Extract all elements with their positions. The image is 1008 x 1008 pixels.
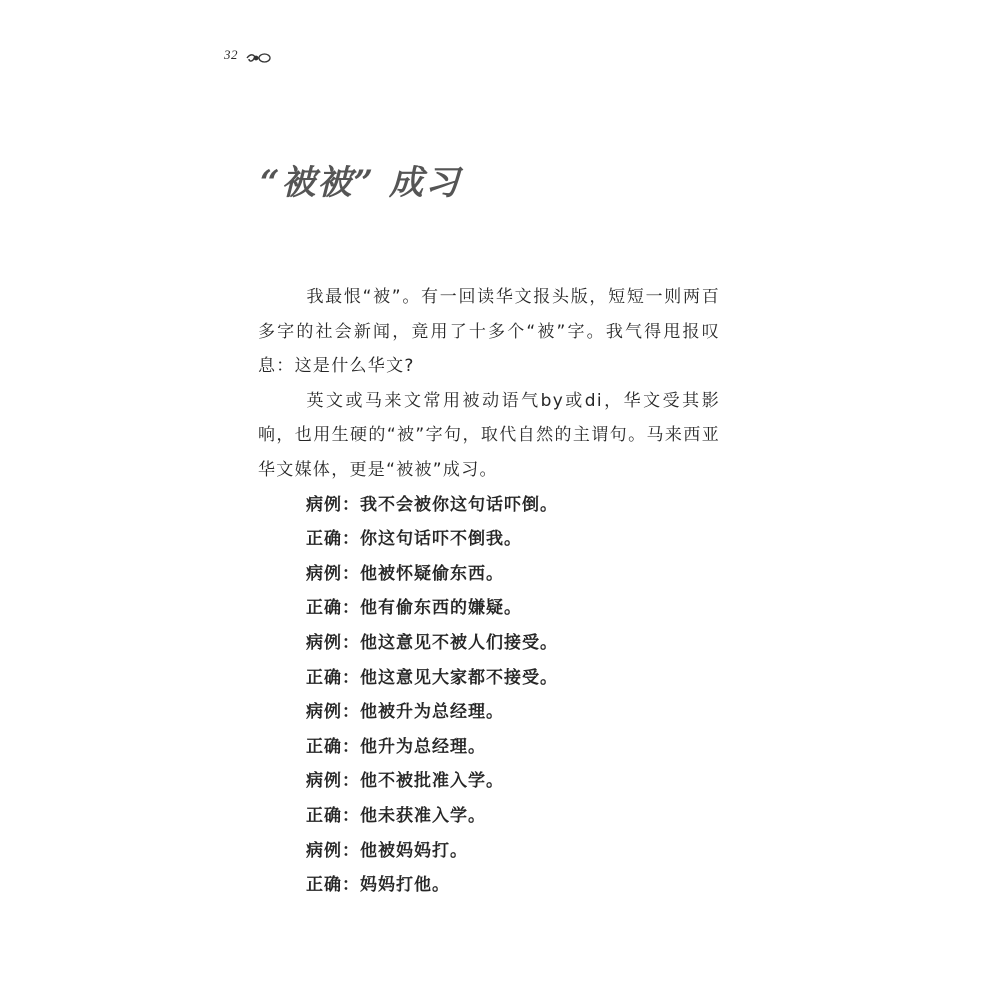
example-text: 他这意见不被人们接受。 [360, 633, 558, 653]
example-label: 病例： [306, 495, 360, 515]
example-label: 正确： [306, 875, 360, 895]
example-text: 他被升为总经理。 [360, 702, 504, 722]
example-label: 病例： [306, 841, 360, 861]
example-item: 病例：他被升为总经理。 [258, 695, 720, 730]
example-text: 他有偷东西的嫌疑。 [360, 598, 522, 618]
example-item: 正确：他升为总经理。 [258, 730, 720, 765]
page-header: 32 [224, 47, 272, 63]
example-item: 病例：他被怀疑偷东西。 [258, 557, 720, 592]
example-item: 正确：妈妈打他。 [258, 868, 720, 903]
example-text: 他这意见大家都不接受。 [360, 668, 558, 688]
example-label: 正确： [306, 598, 360, 618]
example-text: 你这句话吓不倒我。 [360, 529, 522, 549]
example-text: 他未获准入学。 [360, 806, 486, 826]
example-label: 病例： [306, 771, 360, 791]
page-number: 32 [224, 47, 238, 63]
example-text: 他被怀疑偷东西。 [360, 564, 504, 584]
example-text: 他不被批准入学。 [360, 771, 504, 791]
paragraph: 我最恨“被”。有一回读华文报头版，短短一则两百多字的社会新闻，竟用了十多个“被”… [258, 280, 720, 384]
example-text: 他被妈妈打。 [360, 841, 468, 861]
example-item: 正确：他这意见大家都不接受。 [258, 661, 720, 696]
example-label: 病例： [306, 702, 360, 722]
example-item: 病例：他不被批准入学。 [258, 764, 720, 799]
example-item: 病例：他被妈妈打。 [258, 834, 720, 869]
example-label: 正确： [306, 806, 360, 826]
example-label: 病例： [306, 633, 360, 653]
example-item: 正确：他有偷东西的嫌疑。 [258, 591, 720, 626]
chapter-title-quoted: “被被” [260, 163, 375, 203]
example-label: 病例： [306, 564, 360, 584]
example-label: 正确： [306, 529, 360, 549]
example-label: 正确： [306, 668, 360, 688]
example-label: 正确： [306, 737, 360, 757]
example-item: 病例：他这意见不被人们接受。 [258, 626, 720, 661]
chapter-title: “被被”成习 [260, 155, 461, 204]
body-text: 我最恨“被”。有一回读华文报头版，短短一则两百多字的社会新闻，竟用了十多个“被”… [258, 280, 720, 903]
example-list: 病例：我不会被你这句话吓倒。 正确：你这句话吓不倒我。 病例：他被怀疑偷东西。 … [258, 488, 720, 903]
chapter-title-word: 成习 [389, 163, 461, 203]
example-item: 正确：他未获准入学。 [258, 799, 720, 834]
example-text: 他升为总经理。 [360, 737, 486, 757]
flourish-ornament-icon [246, 49, 272, 61]
paragraph: 英文或马来文常用被动语气by或di，华文受其影响，也用生硬的“被”字句，取代自然… [258, 384, 720, 488]
example-item: 正确：你这句话吓不倒我。 [258, 522, 720, 557]
example-item: 病例：我不会被你这句话吓倒。 [258, 488, 720, 523]
example-text: 妈妈打他。 [360, 875, 450, 895]
example-text: 我不会被你这句话吓倒。 [360, 495, 558, 515]
